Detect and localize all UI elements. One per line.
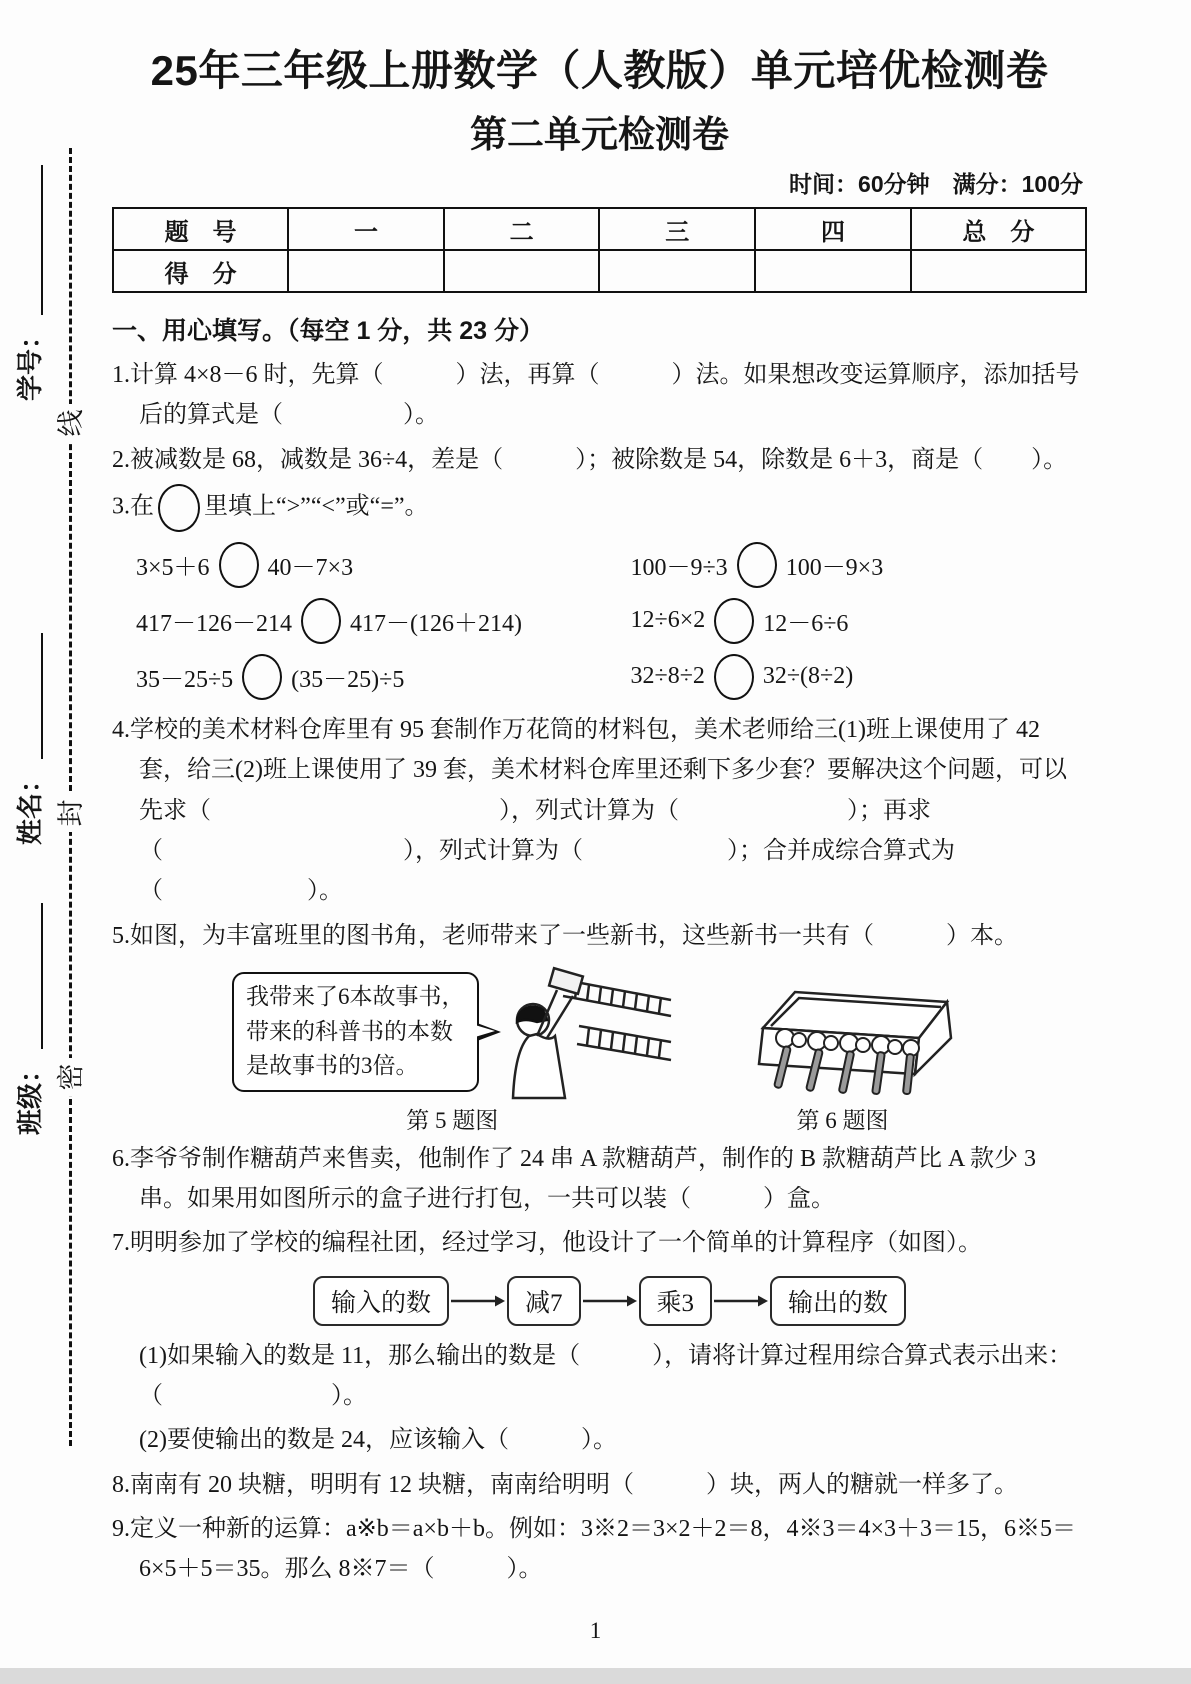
compare-item: 35－25÷5 (35－25)÷5 [136,654,631,700]
score-table-header-row: 题 号 一 二 三 四 总 分 [113,208,1086,250]
score-empty-cell [599,250,755,292]
compare-row: 3×5＋6 40－7×3 100－9÷3 100－9×3 [136,542,1087,588]
arrow-right-icon [583,1293,637,1309]
name-label: 姓名： [15,767,45,845]
compare-item: 12÷6×2 12－6÷6 [631,598,849,644]
question-7-sub1: (1)如果输入的数是 11，那么输出的数是（ ），请将计算过程用综合算式表示出来… [112,1336,1087,1417]
question-7-sub2: (2)要使输出的数是 24，应该输入（ ）。 [112,1420,1087,1460]
seal-char-feng: 封 [52,794,90,832]
expression: 35－25÷5 [136,659,233,694]
score-empty-cell [288,250,444,292]
question-1: 1.计算 4×8－6 时，先算（ ）法，再算（ ）法。如果想改变运算顺序，添加括… [112,355,1087,436]
expression: 32÷8÷2 [631,663,705,690]
compare-row: 35－25÷5 (35－25)÷5 32÷8÷2 32÷(8÷2) [136,654,1087,700]
compare-item: 3×5＋6 40－7×3 [136,542,631,588]
page-subtitle: 第二单元检测卷 [112,104,1087,158]
expression: 417－(126＋214) [350,603,522,638]
question-8: 8.南南有 20 块糖，明明有 12 块糖，南南给明明（ ）块，两人的糖就一样多… [112,1465,1087,1505]
main-content: 25年三年级上册数学（人教版）单元培优检测卷 第二单元检测卷 时间：60分钟 满… [112,38,1087,1594]
flow-box-output: 输出的数 [770,1276,906,1326]
class-field: 班级： [13,899,47,1135]
figure-q6: 第 6 题图 [733,982,953,1135]
section-one-heading: 一、用心填写。（每空 1 分，共 23 分） [112,311,1087,347]
question-6: 6.李爷爷制作糖葫芦来售卖，他制作了 24 串 A 款糖葫芦，制作的 B 款糖葫… [112,1139,1087,1220]
question-3-intro: 3.在里填上“>”“<”或“=”。 [112,484,1087,532]
question-3-grid: 3×5＋6 40－7×3 100－9÷3 100－9×3 417－126－214… [136,542,1087,700]
question-3-pre: 3.在 [112,493,154,519]
figure-q5: 我带来了6本故事书， 带来的科普书的本数 是故事书的3倍。 [232,964,673,1135]
bubble-line: 带来的科普书的本数 [246,1015,465,1050]
score-header-cell: 二 [444,208,600,250]
class-label: 班级： [15,1057,45,1135]
compare-row: 417－126－214 417－(126＋214) 12÷6×2 12－6÷6 [136,598,1087,644]
score-row-label: 得 分 [113,250,288,292]
score-header-cell: 一 [288,208,444,250]
figure-row: 我带来了6本故事书， 带来的科普书的本数 是故事书的3倍。 [232,964,1087,1135]
compare-circle [737,542,777,588]
expression: 3×5＋6 [136,547,210,582]
student-id-field: 学号： [13,169,47,401]
question-5: 5.如图，为丰富班里的图书角，老师带来了一些新书，这些新书一共有（ ）本。 [112,916,1087,956]
scan-artifact [0,1668,1191,1684]
bubble-line: 是故事书的3倍。 [246,1049,465,1084]
arrow-right-icon [451,1293,505,1309]
speech-bubble: 我带来了6本故事书， 带来的科普书的本数 是故事书的3倍。 [232,972,479,1092]
question-7: 7.明明参加了学校的编程社团，经过学习，他设计了一个简单的计算程序（如图）。 [112,1223,1087,1263]
score-header-cell: 题 号 [113,208,288,250]
expression: 12÷6×2 [631,607,706,634]
student-id-label: 学号： [15,323,45,401]
score-header-cell: 四 [755,208,911,250]
exam-paper-page: 学号： 姓名： 班级： 线 封 密 25年三年级上册数学（人教版）单元培优检测卷… [0,0,1191,1684]
compare-circle [301,598,341,644]
question-9: 9.定义一种新的运算：a※b＝a×b＋b。例如：3※2＝3×2＋2＝8，4※3＝… [112,1509,1087,1590]
expression: 100－9÷3 [631,547,728,582]
score-empty-cell [755,250,911,292]
teacher-bookshelf-illustration [493,964,673,1100]
figure-caption-q6: 第 6 题图 [797,1102,889,1135]
blank-line [15,903,43,1049]
exam-meta: 时间：60分钟 满分：100分 [112,166,1083,199]
candy-box-illustration [733,982,953,1100]
compare-circle [158,484,200,532]
flow-box-minus7: 减7 [507,1276,581,1326]
compare-circle [714,598,754,644]
bubble-line: 我带来了6本故事书， [246,980,465,1015]
score-table-score-row: 得 分 [113,250,1086,292]
name-field: 姓名： [13,639,47,845]
expression: (35－25)÷5 [291,659,404,694]
blank-line [15,165,43,315]
question-4: 4.学校的美术材料仓库里有 95 套制作万花筒的材料包，美术老师给三(1)班上课… [112,710,1087,912]
compare-item: 32÷8÷2 32÷(8÷2) [631,654,854,700]
question-2: 2.被减数是 68，减数是 36÷4，差是（ ）；被除数是 54，除数是 6＋3… [112,440,1087,480]
compare-circle [714,654,754,700]
expression: 40－7×3 [268,547,354,582]
page-title: 25年三年级上册数学（人教版）单元培优检测卷 [112,38,1087,98]
expression: 100－9×3 [786,547,884,582]
expression: 417－126－214 [136,603,292,638]
score-header-cell: 总 分 [911,208,1086,250]
compare-circle [242,654,282,700]
compare-item: 417－126－214 417－(126＋214) [136,598,631,644]
compare-circle [219,542,259,588]
score-header-cell: 三 [599,208,755,250]
page-number: 1 [0,1618,1191,1644]
score-empty-cell [444,250,600,292]
score-table: 题 号 一 二 三 四 总 分 得 分 [112,207,1087,293]
flow-box-times3: 乘3 [639,1276,713,1326]
compare-item: 100－9÷3 100－9×3 [631,542,884,588]
blank-line [15,633,43,759]
arrow-right-icon [714,1293,768,1309]
score-empty-cell [911,250,1086,292]
seal-char-xian: 线 [52,404,90,442]
figure-caption-q5: 第 5 题图 [406,1102,498,1135]
expression: 32÷(8÷2) [763,663,853,690]
question-3-post: 里填上“>”“<”或“=”。 [204,493,429,519]
expression: 12－6÷6 [763,603,848,638]
seal-char-mi: 密 [52,1058,90,1096]
flow-box-input: 输入的数 [313,1276,449,1326]
flowchart: 输入的数 减7 乘3 输出的数 [132,1276,1087,1326]
